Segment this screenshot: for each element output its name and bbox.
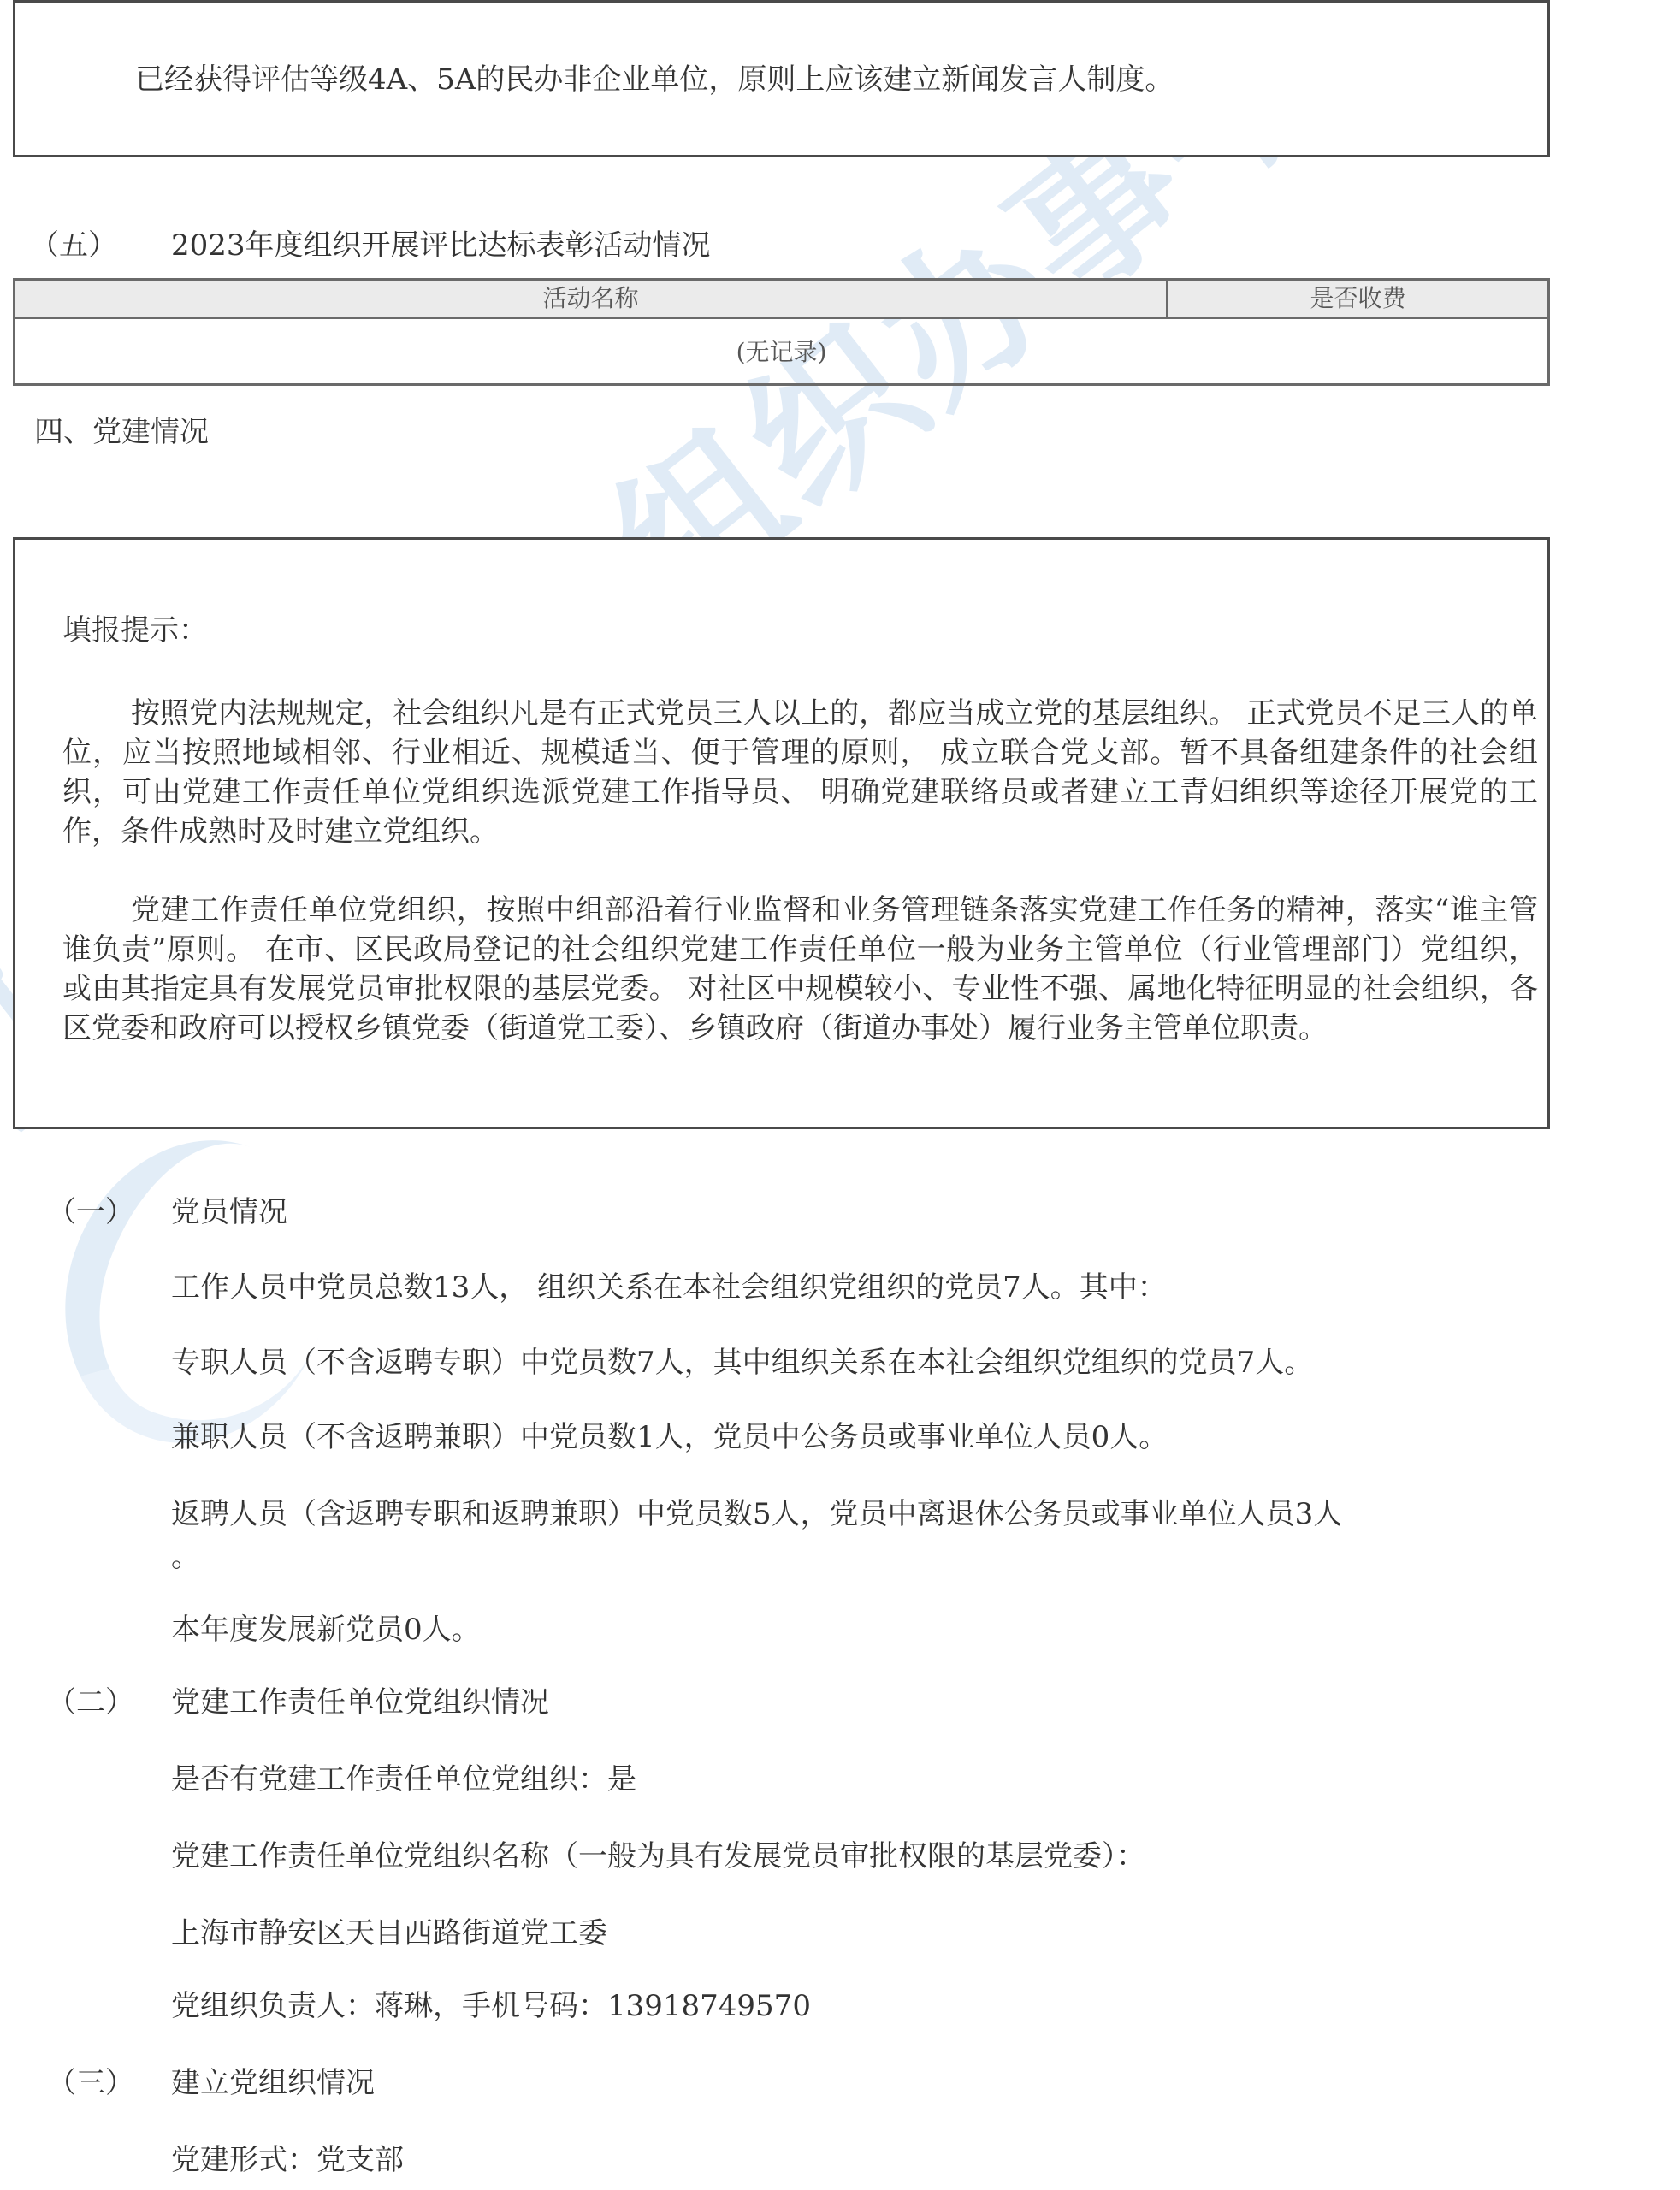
party-form-line: 党建形式：党支部 [171,2143,404,2177]
responsible-org-name-label: 党建工作责任单位党组织名称（一般为具有发展党员审批权限的基层党委）： [171,1839,1145,1873]
section-5-number: （五） [30,228,117,263]
responsible-org-name: 上海市静安区天目西路街道党工委 [171,1916,607,1950]
hint-box: 填报提示： 按照党内法规规定，社会组织凡是有正式党员三人以上的，都应当成立党的基… [13,537,1550,1129]
section-5-title: 2023年度组织开展评比达标表彰活动情况 [171,228,711,263]
subsection-3-title: 建立党组织情况 [171,2066,375,2100]
parttime-members-line: 兼职人员（不含返聘兼职）中党员数1人，党员中公务员或事业单位人员0人。 [171,1420,1168,1454]
rehired-members-line-end: 。 [171,1540,200,1574]
subsection-2-number: （二） [47,1685,134,1719]
hint-paragraph-2: 党建工作责任单位党组织，按照中组部沿着行业监督和业务管理链条落实党建工作任务的精… [62,891,1538,1048]
notice-box: 已经获得评估等级4A、5A的民办非企业单位，原则上应该建立新闻发言人制度。 [13,0,1550,157]
org-leader-contact: 党组织负责人：蒋琳，手机号码：13918749570 [171,1989,811,2023]
hint-label: 填报提示： [62,613,208,648]
subsection-1-title: 党员情况 [171,1195,287,1229]
has-responsible-org-line: 是否有党建工作责任单位党组织：是 [171,1762,636,1796]
notice-text: 已经获得评估等级4A、5A的民办非企业单位，原则上应该建立新闻发言人制度。 [135,62,1174,97]
section-4-title: 四、党建情况 [34,415,209,449]
new-members-line: 本年度发展新党员0人。 [171,1613,481,1647]
hint-paragraph-1: 按照党内法规规定，社会组织凡是有正式党员三人以上的，都应当成立党的基层组织。 正… [62,694,1538,851]
activities-table: 活动名称 是否收费 (无记录) [13,278,1550,386]
column-header-activity-name: 活动名称 [15,281,1168,317]
fulltime-members-line: 专职人员（不含返聘专职）中党员数7人，其中组织关系在本社会组织党组织的党员7人。 [171,1346,1313,1380]
subsection-3-number: （三） [47,2066,134,2100]
party-member-total-line: 工作人员中党员总数13人， 组织关系在本社会组织党组织的党员7人。其中： [171,1270,1167,1305]
subsection-1-number: （一） [47,1195,134,1229]
column-header-charged: 是否收费 [1168,281,1547,317]
subsection-2-title: 党建工作责任单位党组织情况 [171,1685,549,1719]
table-empty-row: (无记录) [15,319,1547,383]
rehired-members-line: 返聘人员（含返聘专职和返聘兼职）中党员数5人，党员中离退休公务员或事业单位人员3… [171,1497,1342,1531]
table-header: 活动名称 是否收费 [15,281,1547,319]
